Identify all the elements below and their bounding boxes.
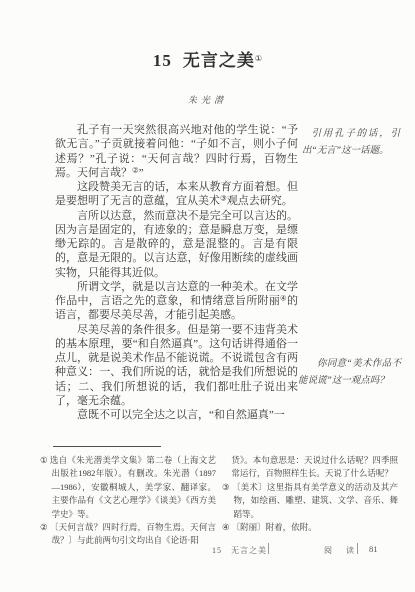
lesson-title-text: 无言之美 (183, 51, 255, 70)
footnote-ref-4: ④ (280, 294, 287, 303)
paragraph-3: 言所以达意，然而意决不是完全可以言达的。因为言是固定的，有迹象的；意是瞬息万变，… (55, 209, 298, 280)
footnote-item-4: ④〔附丽〕附着，依附。 (222, 521, 398, 534)
footnote-text-4: 〔附丽〕附着，依附。 (232, 522, 317, 532)
footnote-marker-4: ④ (222, 522, 230, 532)
footnote-text-2: 〔天何言哉？四时行焉，百物生焉。天何言哉？〕与此前两句引文均出自《论语·阳 (50, 522, 216, 545)
footnotes-block: ①选自《朱光潜美学文集》第二卷（上海文艺出版社1982年版）。有删改。朱光潜（1… (40, 454, 398, 548)
footnote-item-2: ②〔天何言哉？四时行焉，百物生焉。天何言哉？〕与此前两句引文均出自《论语·阳 (40, 521, 216, 548)
margin-note-2: 你同意“美术作品不能说谎”这一观点吗？ (298, 356, 401, 390)
main-text-column: 孔子有一天突然很高兴地对他的学生说：“予欲无言。”子贡就接着问他：“子如不言，则… (55, 123, 298, 422)
footnote-item-1: ①选自《朱光潜美学文集》第二卷（上海文艺出版社1982年版）。有删改。朱光潜（1… (40, 454, 216, 521)
footnote-item-3: ③〔美术〕这里指具有美学意义的活动及其产物，如绘画、雕塑、建筑、文学、音乐、舞蹈… (222, 481, 398, 521)
footnote-divider (53, 446, 161, 447)
paragraph-1: 孔子有一天突然很高兴地对他的学生说：“予欲无言。”子贡就接着问他：“子如不言，则… (55, 123, 298, 180)
paragraph-2-tail: 观点去研究。 (227, 195, 293, 207)
footnotes-left-column: ①选自《朱光潜美学文集》第二卷（上海文艺出版社1982年版）。有删改。朱光潜（1… (40, 454, 216, 548)
footnote-text-1: 选自《朱光潜美学文集》第二卷（上海文艺出版社1982年版）。有删改。朱光潜（18… (50, 455, 216, 519)
paragraph-2: 这段赞美无言的话，本来从教育方面着想。但是要想明了无言的意蕴，宜从美术③观点去研… (55, 180, 298, 209)
footnote-ref-2: ② (132, 165, 139, 174)
footer-divider-1 (268, 543, 269, 554)
paragraph-4-text: 所谓文学，就是以言达意的一种美术。在文学作品中，言语之先的意象，和情绪意旨所附丽 (55, 281, 298, 307)
footer-divider-2 (357, 543, 358, 554)
paragraph-5: 尽美尽善的条件很多。但是第一要不违背美术的基本原理，要“和自然逼真”。这句话讲得… (55, 323, 298, 409)
footnote-text-3: 〔美术〕这里指具有美学意义的活动及其产物，如绘画、雕塑、建筑、文学、音乐、舞蹈等… (232, 482, 398, 519)
footnotes-right-column: 货》。本句意思是：天说过什么话呢？四季照常运行，百物照样生长。天说了什么话呢？ … (222, 454, 398, 548)
footnote-marker-2: ② (40, 522, 48, 532)
page-title: 15无言之美① (0, 46, 415, 71)
lesson-number: 15 (153, 51, 172, 70)
footnote-marker-1: ① (40, 455, 48, 465)
margin-note-1: 引用孔子的话，引出“无言”这一话题。 (302, 126, 400, 160)
paragraph-1-tail: ” (139, 167, 144, 179)
paragraph-6: 意既不可以完全达之以言，“和自然逼真”一 (55, 408, 298, 422)
footer-page-number: 81 (369, 544, 378, 554)
footnote-ref-3: ③ (220, 194, 227, 203)
textbook-page: 15无言之美① 朱光潜 孔子有一天突然很高兴地对他的学生说：“予欲无言。”子贡就… (0, 0, 415, 592)
title-footnote-ref: ① (255, 54, 262, 63)
footer-lesson-label: 15 无言之美 (212, 545, 267, 556)
footnote-marker-3: ③ (222, 482, 230, 492)
author-name: 朱光潜 (0, 93, 415, 106)
paragraph-1-text: 孔子有一天突然很高兴地对他的学生说：“予欲无言。”子贡就接着问他：“子如不言，则… (55, 124, 298, 179)
footer-section-label: 阅 读 (324, 545, 357, 556)
paragraph-4: 所谓文学，就是以言达意的一种美术。在文学作品中，言语之先的意象，和情绪意旨所附丽… (55, 280, 298, 323)
footnote-item-2-continuation: 货》。本句意思是：天说过什么话呢？四季照常运行，百物照样生长。天说了什么话呢？ (222, 454, 398, 481)
